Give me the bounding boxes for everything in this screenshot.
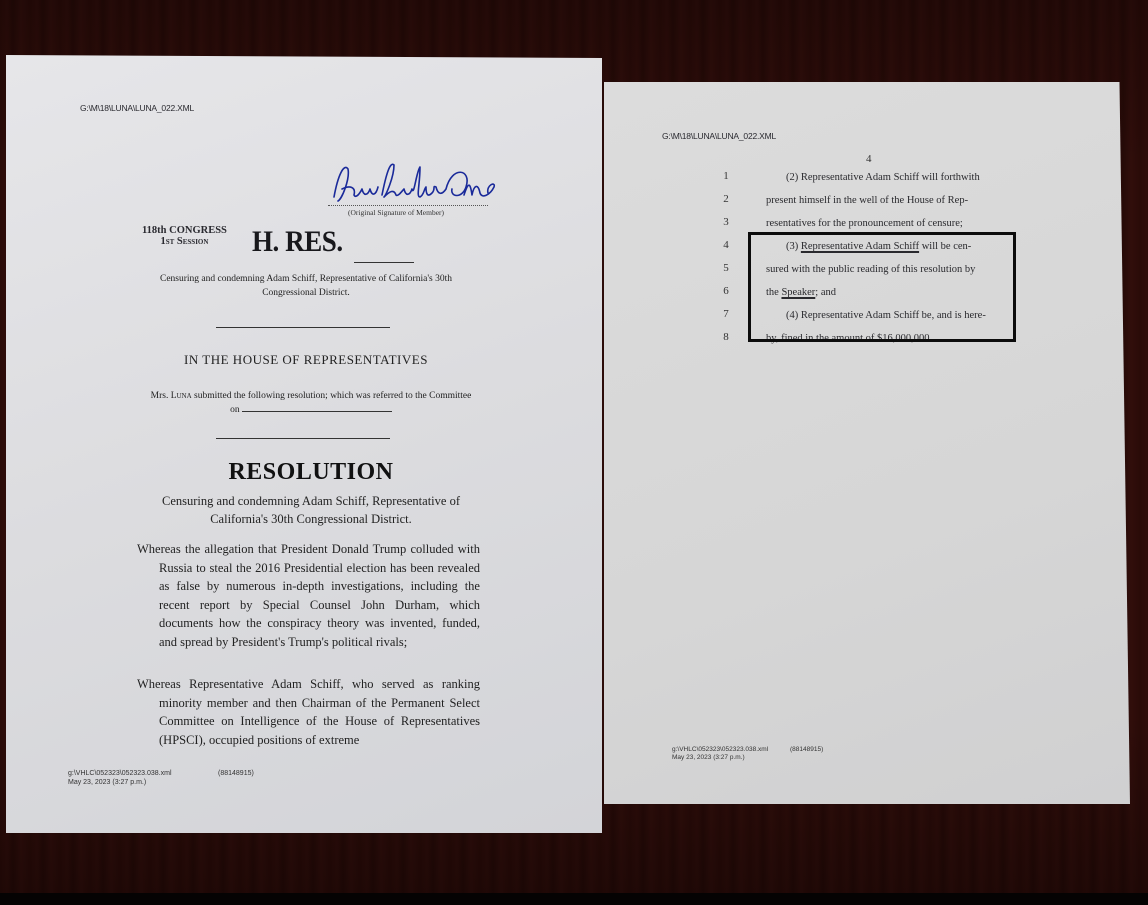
line-number: 1 bbox=[716, 170, 736, 182]
line-number: 3 bbox=[716, 216, 736, 228]
footer-date: May 23, 2023 (3:27 p.m.) bbox=[672, 754, 768, 762]
resolution-page-1: G:\M\18\LUNA\LUNA_022.XML (Original Sign… bbox=[6, 55, 602, 833]
member-signature: (Original Signature of Member) bbox=[328, 155, 498, 215]
highlight-box bbox=[748, 232, 1016, 342]
page-footer: g:\VHLC\052323\052323.038.xml May 23, 20… bbox=[68, 769, 172, 787]
bill-number-blank bbox=[354, 262, 414, 263]
submission-statement: Mrs. Luna submitted the following resolu… bbox=[146, 390, 476, 417]
line-number: 4 bbox=[716, 239, 736, 251]
chamber-heading: IN THE HOUSE OF REPRESENTATIVES bbox=[136, 352, 476, 368]
signature-caption: (Original Signature of Member) bbox=[348, 208, 444, 217]
whereas-clause: Whereas the allegation that President Do… bbox=[137, 540, 480, 651]
file-path: G:\M\18\LUNA\LUNA_022.XML bbox=[662, 131, 776, 141]
bill-type: H. RES. bbox=[252, 225, 343, 259]
line-number: 6 bbox=[716, 285, 736, 297]
line-number: 2 bbox=[716, 193, 736, 205]
submitted-prefix: Mrs. bbox=[151, 391, 171, 401]
footer-code: (88148915) bbox=[218, 769, 254, 778]
signature-line bbox=[328, 205, 488, 206]
footer-code: (88148915) bbox=[790, 746, 823, 754]
session-label: 1st Session bbox=[142, 236, 227, 247]
line-number: 5 bbox=[716, 262, 736, 274]
footer-file: g:\VHLC\052323\052323.038.xml bbox=[68, 769, 172, 778]
whereas-text: Whereas the allegation that President Do… bbox=[137, 540, 480, 651]
file-path: G:\M\18\LUNA\LUNA_022.XML bbox=[80, 103, 194, 113]
text-line: (2) Representative Adam Schiff will fort… bbox=[766, 166, 1010, 189]
whereas-text: Whereas Representative Adam Schiff, who … bbox=[137, 675, 480, 749]
divider bbox=[216, 327, 390, 328]
page-footer: g:\VHLC\052323\052323.038.xml May 23, 20… bbox=[672, 746, 768, 762]
line-number: 7 bbox=[716, 308, 736, 320]
signature-icon bbox=[328, 155, 498, 210]
resolution-title: Censuring and condemning Adam Schiff, Re… bbox=[136, 492, 486, 528]
bottom-border bbox=[0, 893, 1148, 905]
congress-session: 118th CONGRESS 1st Session bbox=[142, 225, 227, 247]
divider bbox=[216, 438, 390, 439]
short-title: Censuring and condemning Adam Schiff, Re… bbox=[136, 272, 476, 300]
text-line: present himself in the well of the House… bbox=[766, 189, 1010, 212]
congress-label: 118th CONGRESS bbox=[142, 225, 227, 236]
resolution-page-4: G:\M\18\LUNA\LUNA_022.XML 4 1 2 3 4 5 6 … bbox=[604, 82, 1130, 804]
footer-date: May 23, 2023 (3:27 p.m.) bbox=[68, 778, 172, 787]
submitting-member: Luna bbox=[171, 391, 192, 401]
whereas-clause: Whereas Representative Adam Schiff, who … bbox=[137, 675, 480, 749]
footer-file: g:\VHLC\052323\052323.038.xml bbox=[672, 746, 768, 754]
resolution-heading: RESOLUTION bbox=[136, 459, 486, 486]
committee-blank bbox=[242, 403, 392, 412]
line-number: 8 bbox=[716, 331, 736, 343]
page-number: 4 bbox=[866, 153, 872, 165]
